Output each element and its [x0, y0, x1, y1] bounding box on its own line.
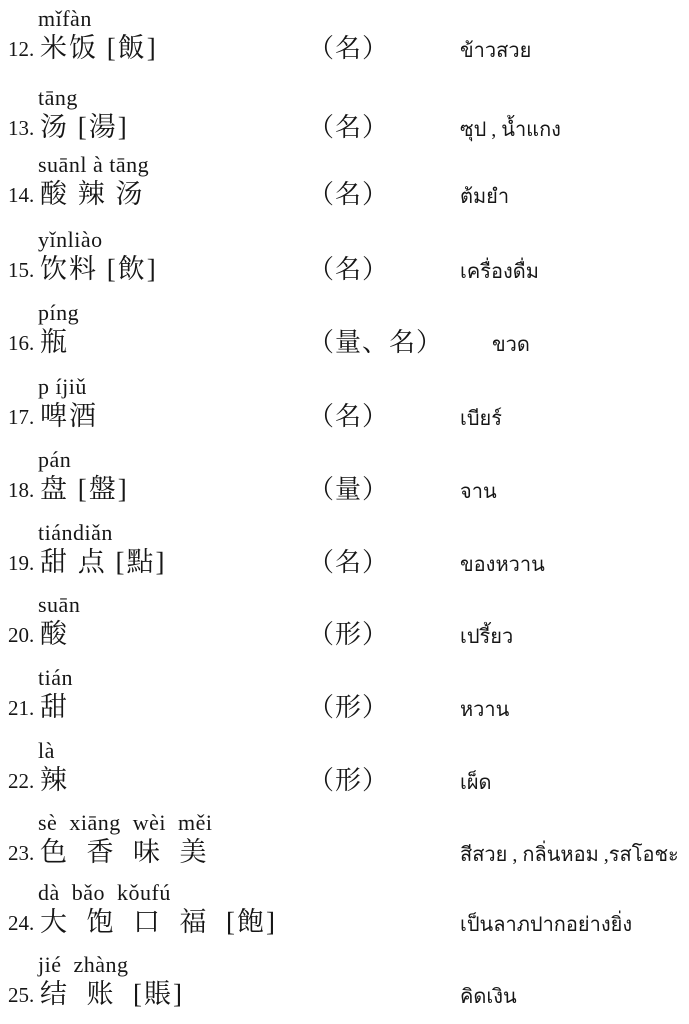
- thai-translation: เผ็ด: [460, 771, 492, 795]
- pinyin-text: suānl à tāng: [38, 152, 149, 178]
- thai-translation: เป็นลาภปากอย่างยิ่ง: [460, 913, 632, 937]
- entry-main-line: 14. 酸 辣 汤 （名） ต้มยำ: [0, 177, 689, 217]
- entry-main-line: 17. 啤酒 （名） เบียร์: [0, 399, 689, 439]
- thai-translation: ขวด: [492, 333, 530, 357]
- chinese-word: 盘 [盤]: [40, 472, 129, 506]
- thai-translation: คิดเงิน: [460, 985, 517, 1009]
- pinyin-text: mǐfàn: [38, 6, 92, 32]
- thai-translation: สีสวย , กลิ่นหอม ,รสโอชะ: [460, 843, 679, 867]
- entry-number: 17.: [8, 405, 34, 430]
- entry-number: 15.: [8, 258, 34, 283]
- entry-main-line: 16. 瓶 （量、名） ขวด: [0, 325, 689, 365]
- vocab-entry: yǐnliào 15. 饮料 [飲] （名） เครื่องดื่ม: [0, 227, 689, 300]
- entry-number: 12.: [8, 37, 34, 62]
- entry-number: 20.: [8, 623, 34, 648]
- entry-number: 14.: [8, 183, 34, 208]
- chinese-word: 酸 辣 汤: [40, 177, 145, 211]
- part-of-speech: （量、名）: [308, 326, 443, 359]
- part-of-speech: （形）: [308, 618, 389, 651]
- vocab-entry: tián 21. 甜 （形） หวาน: [0, 665, 689, 738]
- vocab-entry: tiándiǎn 19. 甜 点 [點] （名） ของหวาน: [0, 520, 689, 593]
- chinese-word: 瓶: [40, 325, 69, 359]
- entry-number: 24.: [8, 911, 34, 936]
- vocab-entry: sè xiāng wèi měi 23. 色 香 味 美 สีสวย , กลิ…: [0, 810, 689, 883]
- thai-translation: ต้มยำ: [460, 185, 509, 209]
- pinyin-text: pán: [38, 447, 71, 473]
- entry-main-line: 20. 酸 （形） เปรี้ยว: [0, 617, 689, 657]
- entry-main-line: 23. 色 香 味 美 สีสวย , กลิ่นหอม ,รสโอชะ: [0, 835, 689, 875]
- vocab-entry: dà bǎo kǒufú 24. 大 饱 口 福 [飽] เป็นลาภปากอ…: [0, 880, 689, 953]
- entry-number: 21.: [8, 696, 34, 721]
- chinese-word: 甜 点 [點]: [40, 545, 166, 579]
- vocab-entry: là 22. 辣 （形） เผ็ด: [0, 738, 689, 811]
- part-of-speech: （名）: [308, 546, 389, 579]
- thai-translation: ของหวาน: [460, 553, 545, 577]
- chinese-word: 酸: [40, 617, 69, 651]
- entry-main-line: 21. 甜 （形） หวาน: [0, 690, 689, 730]
- vocab-entry: mǐfàn 12. 米饭 [飯] （名） ข้าวสวย: [0, 6, 689, 79]
- pinyin-text: dà bǎo kǒufú: [38, 880, 171, 906]
- pinyin-text: yǐnliào: [38, 227, 103, 253]
- pinyin-text: jié zhàng: [38, 952, 129, 978]
- vocab-entry: píng 16. 瓶 （量、名） ขวด: [0, 300, 689, 373]
- pinyin-text: tiándiǎn: [38, 520, 113, 546]
- entry-number: 19.: [8, 551, 34, 576]
- part-of-speech: （形）: [308, 691, 389, 724]
- part-of-speech: （名）: [308, 178, 389, 211]
- entry-number: 25.: [8, 983, 34, 1008]
- entry-number: 23.: [8, 841, 34, 866]
- pinyin-text: tián: [38, 665, 73, 691]
- thai-translation: เครื่องดื่ม: [460, 260, 539, 284]
- part-of-speech: （形）: [308, 764, 389, 797]
- vocab-entry: pán 18. 盘 [盤] （量） จาน: [0, 447, 689, 520]
- part-of-speech: （名）: [308, 32, 389, 65]
- chinese-word: 结 账 [賬]: [40, 977, 184, 1011]
- chinese-word: 汤 [湯]: [40, 110, 129, 144]
- part-of-speech: （量）: [308, 473, 389, 506]
- thai-translation: หวาน: [460, 698, 509, 722]
- pinyin-text: là: [38, 738, 55, 764]
- entry-number: 16.: [8, 331, 34, 356]
- entry-main-line: 18. 盘 [盤] （量） จาน: [0, 472, 689, 512]
- chinese-word: 大 饱 口 福 [飽]: [40, 905, 277, 939]
- entry-main-line: 15. 饮料 [飲] （名） เครื่องดื่ม: [0, 252, 689, 292]
- chinese-word: 饮料 [飲]: [40, 252, 158, 286]
- thai-translation: ซุป , น้ำแกง: [460, 118, 561, 142]
- thai-translation: ข้าวสวย: [460, 39, 531, 63]
- pinyin-text: sè xiāng wèi měi: [38, 810, 212, 836]
- entry-number: 13.: [8, 116, 34, 141]
- part-of-speech: （名）: [308, 253, 389, 286]
- chinese-word: 米饭 [飯]: [40, 31, 158, 65]
- thai-translation: จาน: [460, 480, 497, 504]
- entry-number: 18.: [8, 478, 34, 503]
- entry-main-line: 24. 大 饱 口 福 [飽] เป็นลาภปากอย่างยิ่ง: [0, 905, 689, 945]
- entry-main-line: 12. 米饭 [飯] （名） ข้าวสวย: [0, 31, 689, 71]
- pinyin-text: píng: [38, 300, 79, 326]
- chinese-word: 啤酒: [40, 399, 98, 433]
- entry-main-line: 25. 结 账 [賬] คิดเงิน: [0, 977, 689, 1017]
- vocab-entry: suān 20. 酸 （形） เปรี้ยว: [0, 592, 689, 665]
- vocab-entry: tāng 13. 汤 [湯] （名） ซุป , น้ำแกง: [0, 85, 689, 158]
- entry-main-line: 19. 甜 点 [點] （名） ของหวาน: [0, 545, 689, 585]
- entry-main-line: 22. 辣 （形） เผ็ด: [0, 763, 689, 803]
- chinese-word: 色 香 味 美: [40, 835, 209, 869]
- thai-translation: เปรี้ยว: [460, 625, 513, 649]
- part-of-speech: （名）: [308, 400, 389, 433]
- thai-translation: เบียร์: [460, 407, 502, 431]
- vocab-entry: jié zhàng 25. 结 账 [賬] คิดเงิน: [0, 952, 689, 1024]
- chinese-word: 辣: [40, 763, 69, 797]
- pinyin-text: suān: [38, 592, 80, 618]
- vocab-entry: suānl à tāng 14. 酸 辣 汤 （名） ต้มยำ: [0, 152, 689, 225]
- part-of-speech: （名）: [308, 111, 389, 144]
- chinese-word: 甜: [40, 690, 69, 724]
- vocabulary-page: mǐfàn 12. 米饭 [飯] （名） ข้าวสวย tāng 13. 汤 …: [0, 0, 689, 1024]
- entry-main-line: 13. 汤 [湯] （名） ซุป , น้ำแกง: [0, 110, 689, 150]
- entry-number: 22.: [8, 769, 34, 794]
- vocab-entry: p íjiǔ 17. 啤酒 （名） เบียร์: [0, 374, 689, 447]
- pinyin-text: tāng: [38, 85, 78, 111]
- pinyin-text: p íjiǔ: [38, 374, 87, 400]
